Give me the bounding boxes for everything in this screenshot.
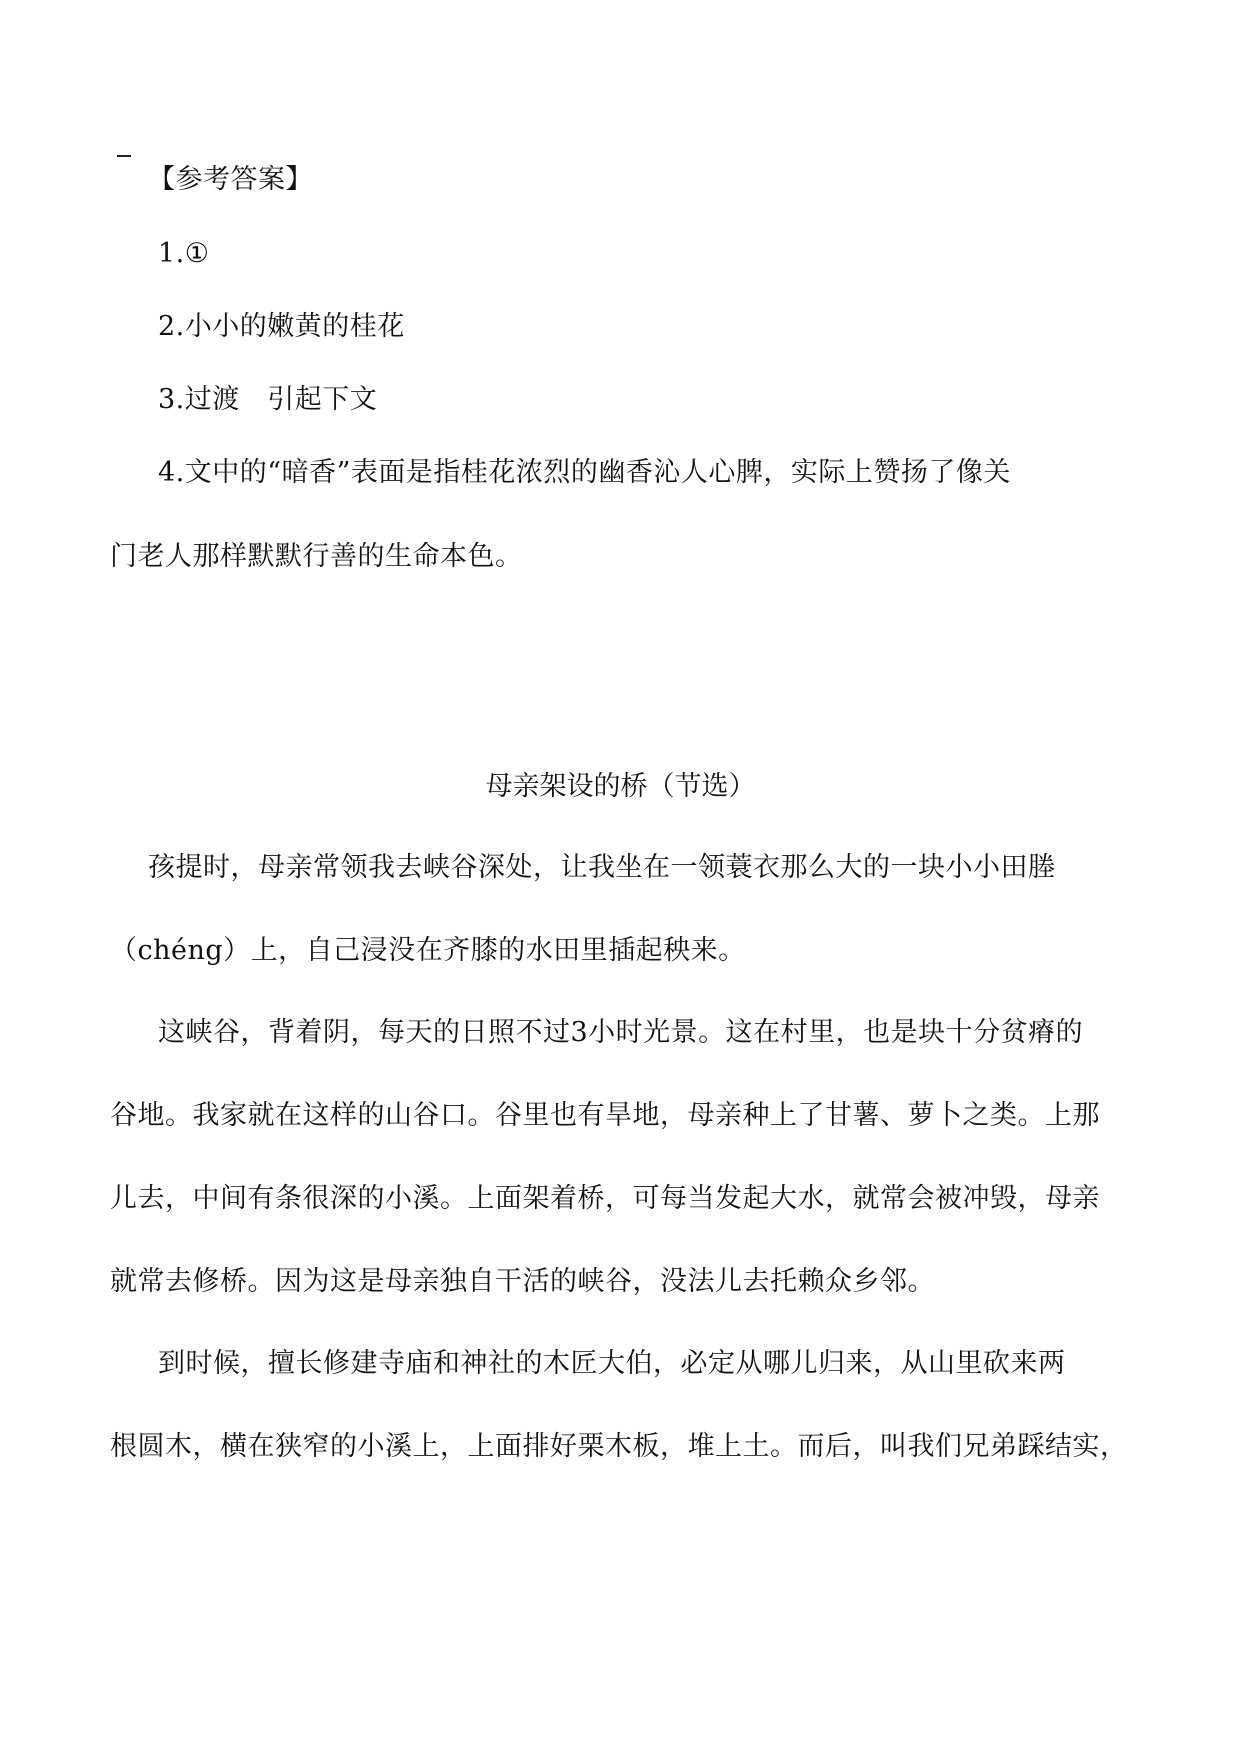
article-line-1: 孩提时，母亲常领我去峡谷深处，让我坐在一领蓑衣那么大的一块小小田塍: [148, 851, 1056, 885]
answers-header: 【参考答案】: [148, 163, 313, 197]
answer-item-1: 1.①: [158, 237, 209, 271]
answer-item-3: 3.过渡 引起下文: [158, 383, 377, 417]
article-line-4: 谷地。我家就在这样的山谷口。谷里也有旱地，母亲种上了甘薯、萝卜之类。上那: [110, 1099, 1100, 1133]
article-line-6: 就常去修桥。因为这是母亲独自干活的峡谷，没法儿去托赖众乡邻。: [110, 1265, 935, 1299]
article-line-5: 儿去，中间有条很深的小溪。上面架着桥，可每当发起大水，就常会被冲毁，母亲: [110, 1182, 1100, 1216]
article-line-3: 这峡谷，背着阴，每天的日照不过3小时光景。这在村里，也是块十分贫瘠的: [158, 1016, 1083, 1050]
article-line-7: 到时候，擅长修建寺庙和神社的木匠大伯，必定从哪儿归来，从山里砍来两: [158, 1347, 1066, 1381]
answer-item-2: 2.小小的嫩黄的桂花: [158, 310, 405, 344]
answer-item-4: 4.文中的“暗香”表面是指桂花浓烈的幽香沁人心脾，实际上赞扬了像关: [158, 456, 1011, 490]
article-line-8: 根圆木，横在狭窄的小溪上，上面排好栗木板，堆上土。而后，叫我们兄弟踩结实，: [110, 1430, 1128, 1464]
page-dash-mark: [117, 155, 131, 157]
article-line-2: （chéng）上，自己浸没在齐膝的水田里插起秧来。: [110, 934, 746, 968]
answer-item-4-cont: 门老人那样默默行善的生命本色。: [110, 540, 523, 574]
document-page: 【参考答案】 1.① 2.小小的嫩黄的桂花 3.过渡 引起下文 4.文中的“暗香…: [0, 0, 1241, 1754]
article-title: 母亲架设的桥（节选）: [0, 770, 1241, 804]
